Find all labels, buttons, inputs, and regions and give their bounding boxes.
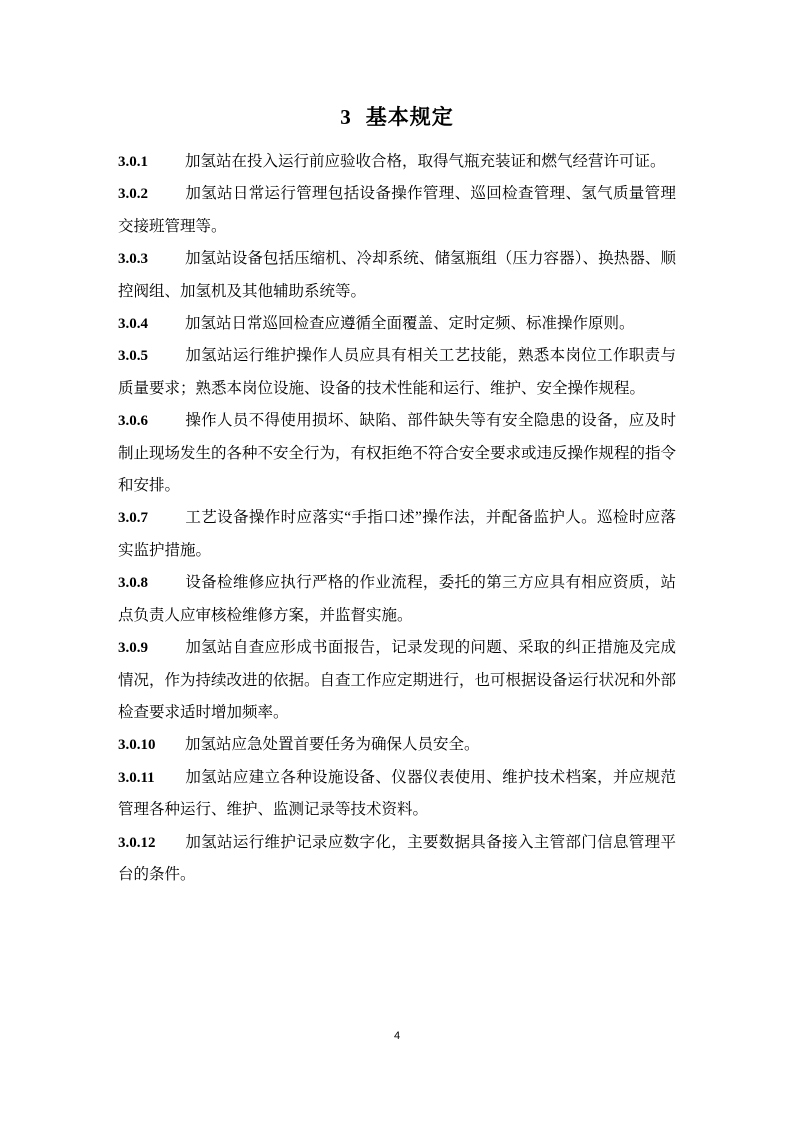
clause-number: 3.0.10 xyxy=(118,729,185,761)
clause-text: 加氢站日常巡回检查应遵循全面覆盖、定时定频、标准操作原则。 xyxy=(185,315,635,332)
clause-text: 加氢站应急处置首要任务为确保人员安全。 xyxy=(185,736,480,753)
clause-text: 加氢站自查应形成书面报告，记录发现的问题、采取的纠正措施及完成情况，作为持续改进… xyxy=(118,639,676,721)
clause: 3.0.6操作人员不得使用损坏、缺陷、部件缺失等有安全隐患的设备，应及时制止现场… xyxy=(118,405,676,502)
clause-text: 加氢站应建立各种设施设备、仪器仪表使用、维护技术档案，并应规范管理各种运行、维护… xyxy=(118,769,676,818)
clause-text: 操作人员不得使用损坏、缺陷、部件缺失等有安全隐患的设备，应及时制止现场发生的各种… xyxy=(118,412,676,494)
clause: 3.0.12加氢站运行维护记录应数字化，主要数据具备接入主管部门信息管理平台的条… xyxy=(118,827,676,892)
clause: 3.0.1加氢站在投入运行前应验收合格，取得气瓶充装证和燃气经营许可证。 xyxy=(118,146,676,178)
document-page: 3基本规定 3.0.1加氢站在投入运行前应验收合格，取得气瓶充装证和燃气经营许可… xyxy=(0,0,794,1123)
section-title: 基本规定 xyxy=(366,105,454,129)
clause-number: 3.0.12 xyxy=(118,827,185,859)
clause: 3.0.9加氢站自查应形成书面报告，记录发现的问题、采取的纠正措施及完成情况，作… xyxy=(118,632,676,729)
clause-text: 工艺设备操作时应落实“手指口述”操作法，并配备监护人。巡检时应落实监护措施。 xyxy=(118,509,676,558)
clause-text: 加氢站运行维护记录应数字化，主要数据具备接入主管部门信息管理平台的条件。 xyxy=(118,834,676,883)
clause-number: 3.0.11 xyxy=(118,762,185,794)
page-number: 4 xyxy=(0,1030,794,1042)
clause-text: 设备检维修应执行严格的作业流程，委托的第三方应具有相应资质，站点负责人应审核检维… xyxy=(118,574,676,623)
clause-list: 3.0.1加氢站在投入运行前应验收合格，取得气瓶充装证和燃气经营许可证。 3.0… xyxy=(118,146,676,891)
clause: 3.0.7工艺设备操作时应落实“手指口述”操作法，并配备监护人。巡检时应落实监护… xyxy=(118,502,676,567)
clause-text: 加氢站日常运行管理包括设备操作管理、巡回检查管理、氢气质量管理交接班管理等。 xyxy=(118,185,676,234)
clause-number: 3.0.4 xyxy=(118,308,185,340)
clause: 3.0.4加氢站日常巡回检查应遵循全面覆盖、定时定频、标准操作原则。 xyxy=(118,308,676,340)
clause-number: 3.0.3 xyxy=(118,243,185,275)
clause-text: 加氢站运行维护操作人员应具有相关工艺技能，熟悉本岗位工作职责与质量要求；熟悉本岗… xyxy=(118,347,676,396)
clause: 3.0.10加氢站应急处置首要任务为确保人员安全。 xyxy=(118,729,676,761)
clause-text: 加氢站在投入运行前应验收合格，取得气瓶充装证和燃气经营许可证。 xyxy=(185,153,666,170)
clause: 3.0.11加氢站应建立各种设施设备、仪器仪表使用、维护技术档案，并应规范管理各… xyxy=(118,762,676,827)
clause-text: 加氢站设备包括压缩机、冷却系统、储氢瓶组（压力容器）、换热器、顺控阀组、加氢机及… xyxy=(118,250,676,299)
clause-number: 3.0.5 xyxy=(118,340,185,372)
section-number: 3 xyxy=(340,105,352,129)
clause-number: 3.0.6 xyxy=(118,405,185,437)
clause: 3.0.8设备检维修应执行严格的作业流程，委托的第三方应具有相应资质，站点负责人… xyxy=(118,567,676,632)
clause-number: 3.0.2 xyxy=(118,178,185,210)
clause-number: 3.0.8 xyxy=(118,567,185,599)
section-heading: 3基本规定 xyxy=(0,101,794,133)
clause: 3.0.3加氢站设备包括压缩机、冷却系统、储氢瓶组（压力容器）、换热器、顺控阀组… xyxy=(118,243,676,308)
clause-number: 3.0.7 xyxy=(118,502,185,534)
clause-number: 3.0.1 xyxy=(118,146,185,178)
clause: 3.0.2加氢站日常运行管理包括设备操作管理、巡回检查管理、氢气质量管理交接班管… xyxy=(118,178,676,243)
clause-number: 3.0.9 xyxy=(118,632,185,664)
clause: 3.0.5加氢站运行维护操作人员应具有相关工艺技能，熟悉本岗位工作职责与质量要求… xyxy=(118,340,676,405)
